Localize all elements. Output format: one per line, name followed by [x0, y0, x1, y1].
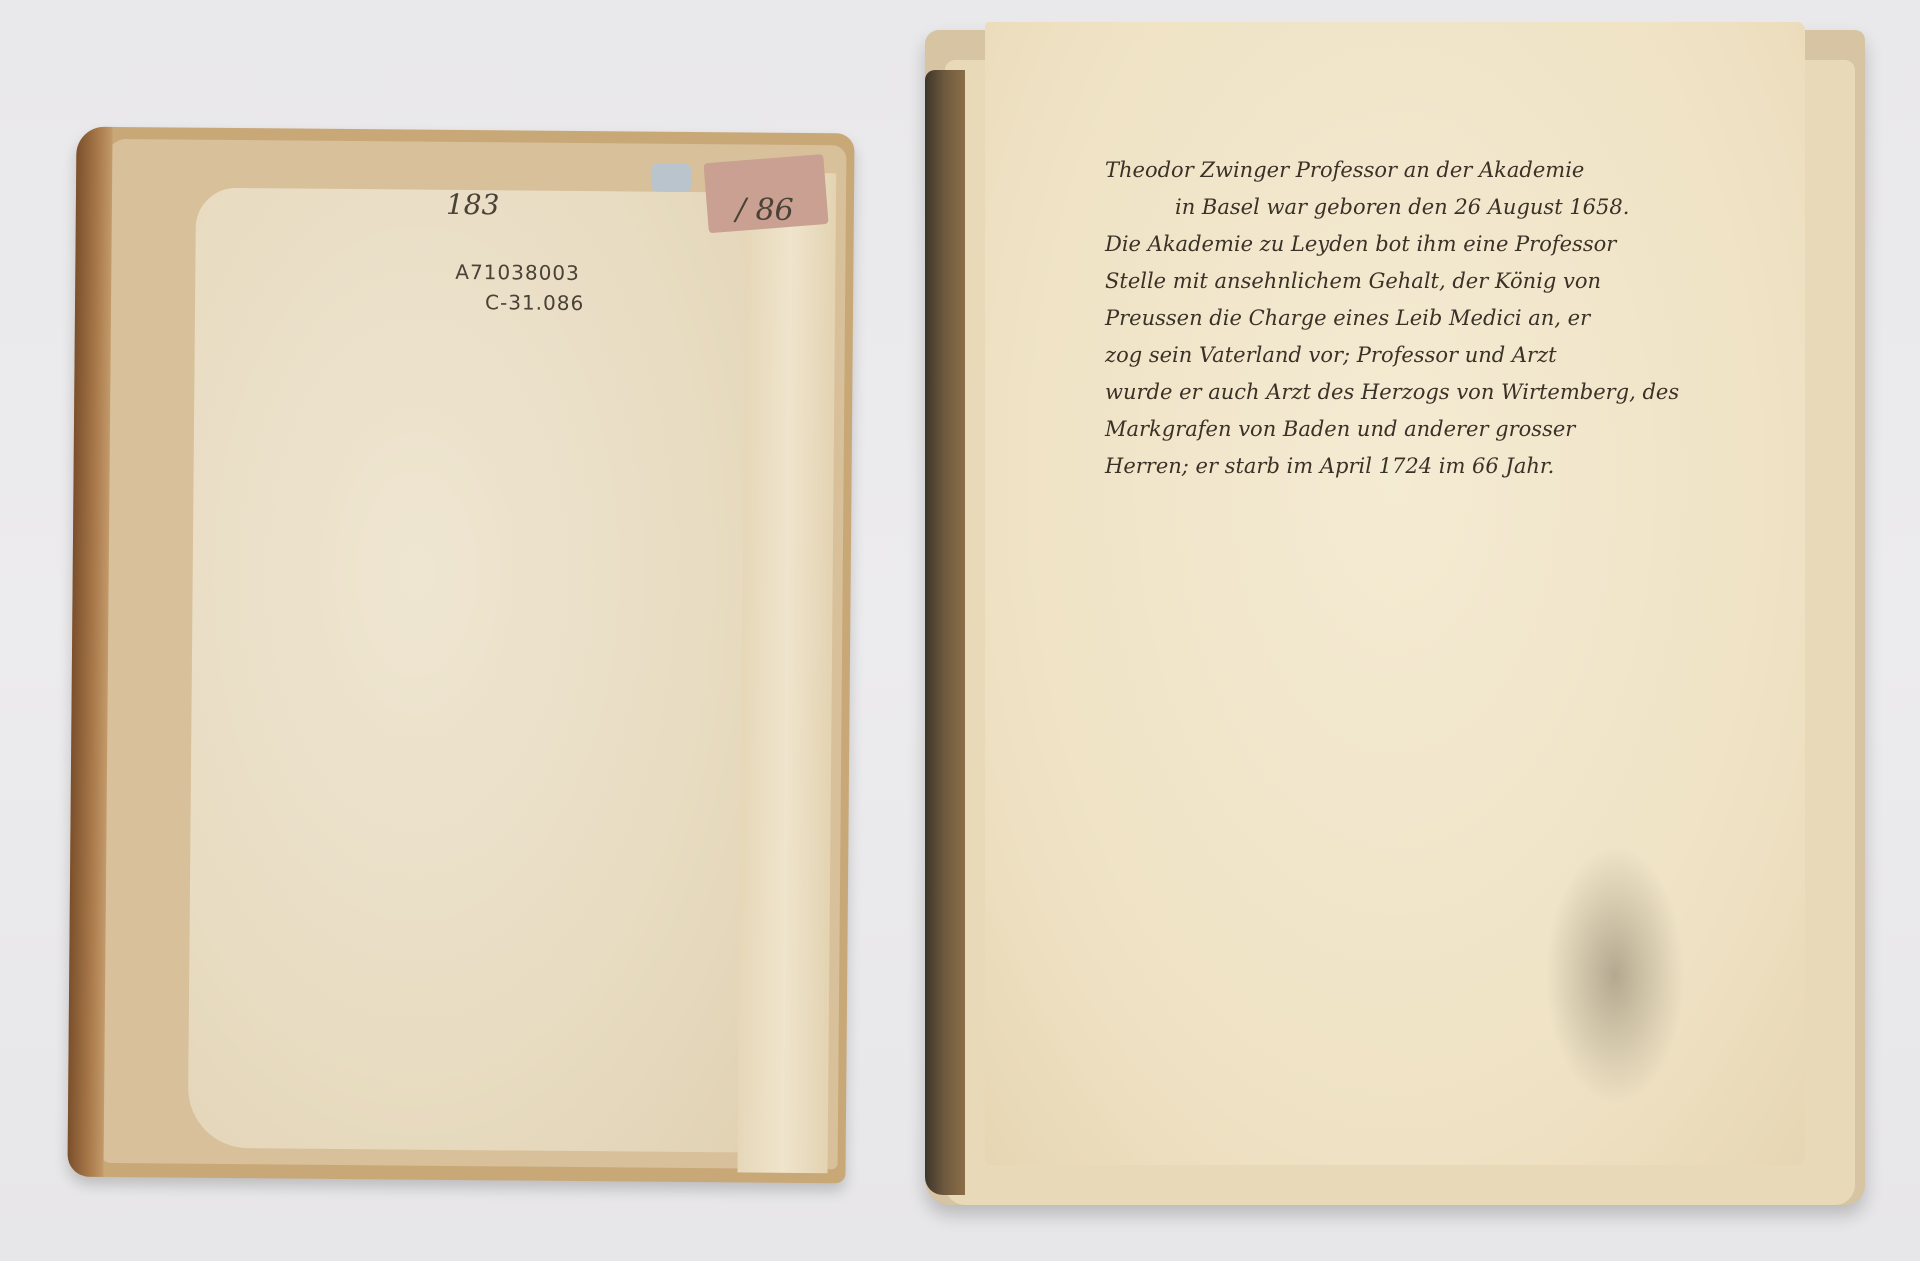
inscription-line: Herren; er starb im April 1724 im 66 Jah… [1105, 448, 1745, 485]
inscription-line: Stelle mit ansehnlichem Gehalt, der Köni… [1105, 263, 1745, 300]
handwritten-inscription: Theodor Zwinger Professor an der Akademi… [1105, 152, 1745, 485]
inventory-number: A71038003 [455, 260, 580, 285]
inscription-line: Preussen die Charge eines Leib Medici an… [1105, 300, 1745, 337]
shelf-mark-86: / 86 [736, 192, 794, 228]
shelf-mark-183: 183 [446, 188, 500, 221]
right-book-flyleaf: Theodor Zwinger Professor an der Akademi… [985, 22, 1805, 1165]
left-book-paper-panel [188, 188, 756, 1153]
left-book: 183 / 86 A71038003 C-31.086 [67, 127, 854, 1184]
inscription-line: zog sein Vaterland vor; Professor und Ar… [1105, 337, 1745, 374]
right-book-spine [925, 70, 965, 1195]
inscription-line: wurde er auch Arzt des Herzogs von Wirte… [1105, 374, 1745, 411]
inscription-line: Die Akademie zu Leyden bot ihm eine Prof… [1105, 226, 1745, 263]
right-book: Theodor Zwinger Professor an der Akademi… [925, 30, 1865, 1205]
inscription-line: in Basel war geboren den 26 August 1658. [1105, 189, 1745, 226]
water-stain [1545, 845, 1685, 1105]
blue-paper-fragment [651, 164, 691, 192]
left-book-hinge-strip [737, 172, 836, 1173]
inscription-line: Theodor Zwinger Professor an der Akademi… [1105, 152, 1745, 189]
inscription-line: Markgrafen von Baden und anderer grosser [1105, 411, 1745, 448]
catalog-number: C-31.086 [485, 290, 584, 315]
